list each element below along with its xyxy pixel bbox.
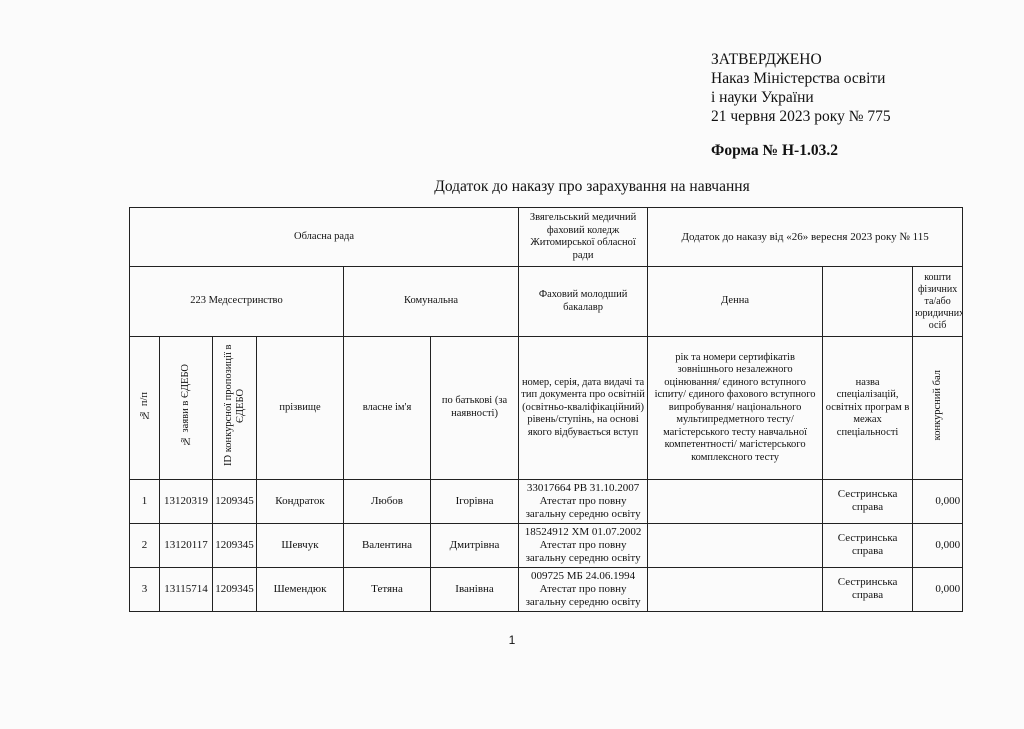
col-header-score: конкурсний бал (913, 337, 963, 480)
application-no: 13120117 (160, 523, 213, 567)
certificates (648, 567, 823, 611)
application-no: 13120319 (160, 479, 213, 523)
patronymic: Іванівна (431, 567, 519, 611)
offer-id: 1209345 (213, 567, 257, 611)
council-cell: Обласна рада (130, 208, 519, 267)
enrollment-table: Обласна рада Звягельський медичний фахов… (129, 207, 963, 612)
col-header-document: номер, серія, дата видачі та тип докумен… (519, 337, 648, 480)
table-row: 2 13120117 1209345 Шевчук Валентина Дмит… (130, 523, 963, 567)
column-header-row: № п/п № заяви в ЄДЕБО ID конкурсної проп… (130, 337, 963, 480)
degree-cell: Фаховий молодший бакалавр (519, 267, 648, 337)
col-header-application-no: № заяви в ЄДЕБО (160, 337, 213, 480)
order-ref-cell: Додаток до наказу від «26» вересня 2023 … (648, 208, 963, 267)
approval-line-4: 21 червня 2023 року № 775 (711, 107, 891, 126)
col-header-certificates: рік та номери сертифікатів зовнішнього н… (648, 337, 823, 480)
approval-line-1: ЗАТВЕРДЖЕНО (711, 50, 891, 69)
offer-id: 1209345 (213, 523, 257, 567)
surname: Кондраток (257, 479, 344, 523)
col-header-patronymic: по батькові (за наявності) (431, 337, 519, 480)
surname: Шевчук (257, 523, 344, 567)
specialization: Сестринська справа (823, 479, 913, 523)
row-num: 1 (130, 479, 160, 523)
form-number: Форма № Н-1.03.2 (711, 142, 838, 160)
header-row-2: 223 Медсестринство Комунальна Фаховий мо… (130, 267, 963, 337)
score: 0,000 (913, 479, 963, 523)
surname: Шемендюк (257, 567, 344, 611)
approval-line-2: Наказ Міністерства освіти (711, 69, 891, 88)
application-no: 13115714 (160, 567, 213, 611)
col-header-name: власне ім'я (344, 337, 431, 480)
col-header-num: № п/п (130, 337, 160, 480)
education-document: 18524912 ХМ 01.07.2002 Атестат про повну… (519, 523, 648, 567)
table-row: 1 13120319 1209345 Кондраток Любов Ігорі… (130, 479, 963, 523)
approval-line-3: і науки України (711, 88, 891, 107)
row-num: 2 (130, 523, 160, 567)
education-document: 33017664 РВ 31.10.2007 Атестат про повну… (519, 479, 648, 523)
empty-cell (823, 267, 913, 337)
education-document: 009725 МБ 24.06.1994 Атестат про повну з… (519, 567, 648, 611)
col-header-specialization: назва спеціалізацій, освітніх програм в … (823, 337, 913, 480)
first-name: Тетяна (344, 567, 431, 611)
first-name: Валентина (344, 523, 431, 567)
row-num: 3 (130, 567, 160, 611)
offer-id: 1209345 (213, 479, 257, 523)
score: 0,000 (913, 523, 963, 567)
funding-cell: кошти фізичних та/або юридичних осіб (913, 267, 963, 337)
col-header-offer-id: ID конкурсної пропозиції в ЄДЕБО (213, 337, 257, 480)
page-number: 1 (0, 633, 1024, 647)
study-form-cell: Денна (648, 267, 823, 337)
certificates (648, 523, 823, 567)
patronymic: Дмитрівна (431, 523, 519, 567)
certificates (648, 479, 823, 523)
first-name: Любов (344, 479, 431, 523)
document-title: Додаток до наказу про зарахування на нав… (0, 178, 1024, 196)
specialty-cell: 223 Медсестринство (130, 267, 344, 337)
col-header-surname: прізвище (257, 337, 344, 480)
ownership-cell: Комунальна (344, 267, 519, 337)
score: 0,000 (913, 567, 963, 611)
table-row: 3 13115714 1209345 Шемендюк Тетяна Івані… (130, 567, 963, 611)
header-row-1: Обласна рада Звягельський медичний фахов… (130, 208, 963, 267)
specialization: Сестринська справа (823, 567, 913, 611)
approval-stamp: ЗАТВЕРДЖЕНО Наказ Міністерства освіти і … (711, 50, 891, 126)
specialization: Сестринська справа (823, 523, 913, 567)
patronymic: Ігорівна (431, 479, 519, 523)
institution-cell: Звягельський медичний фаховий коледж Жит… (519, 208, 648, 267)
